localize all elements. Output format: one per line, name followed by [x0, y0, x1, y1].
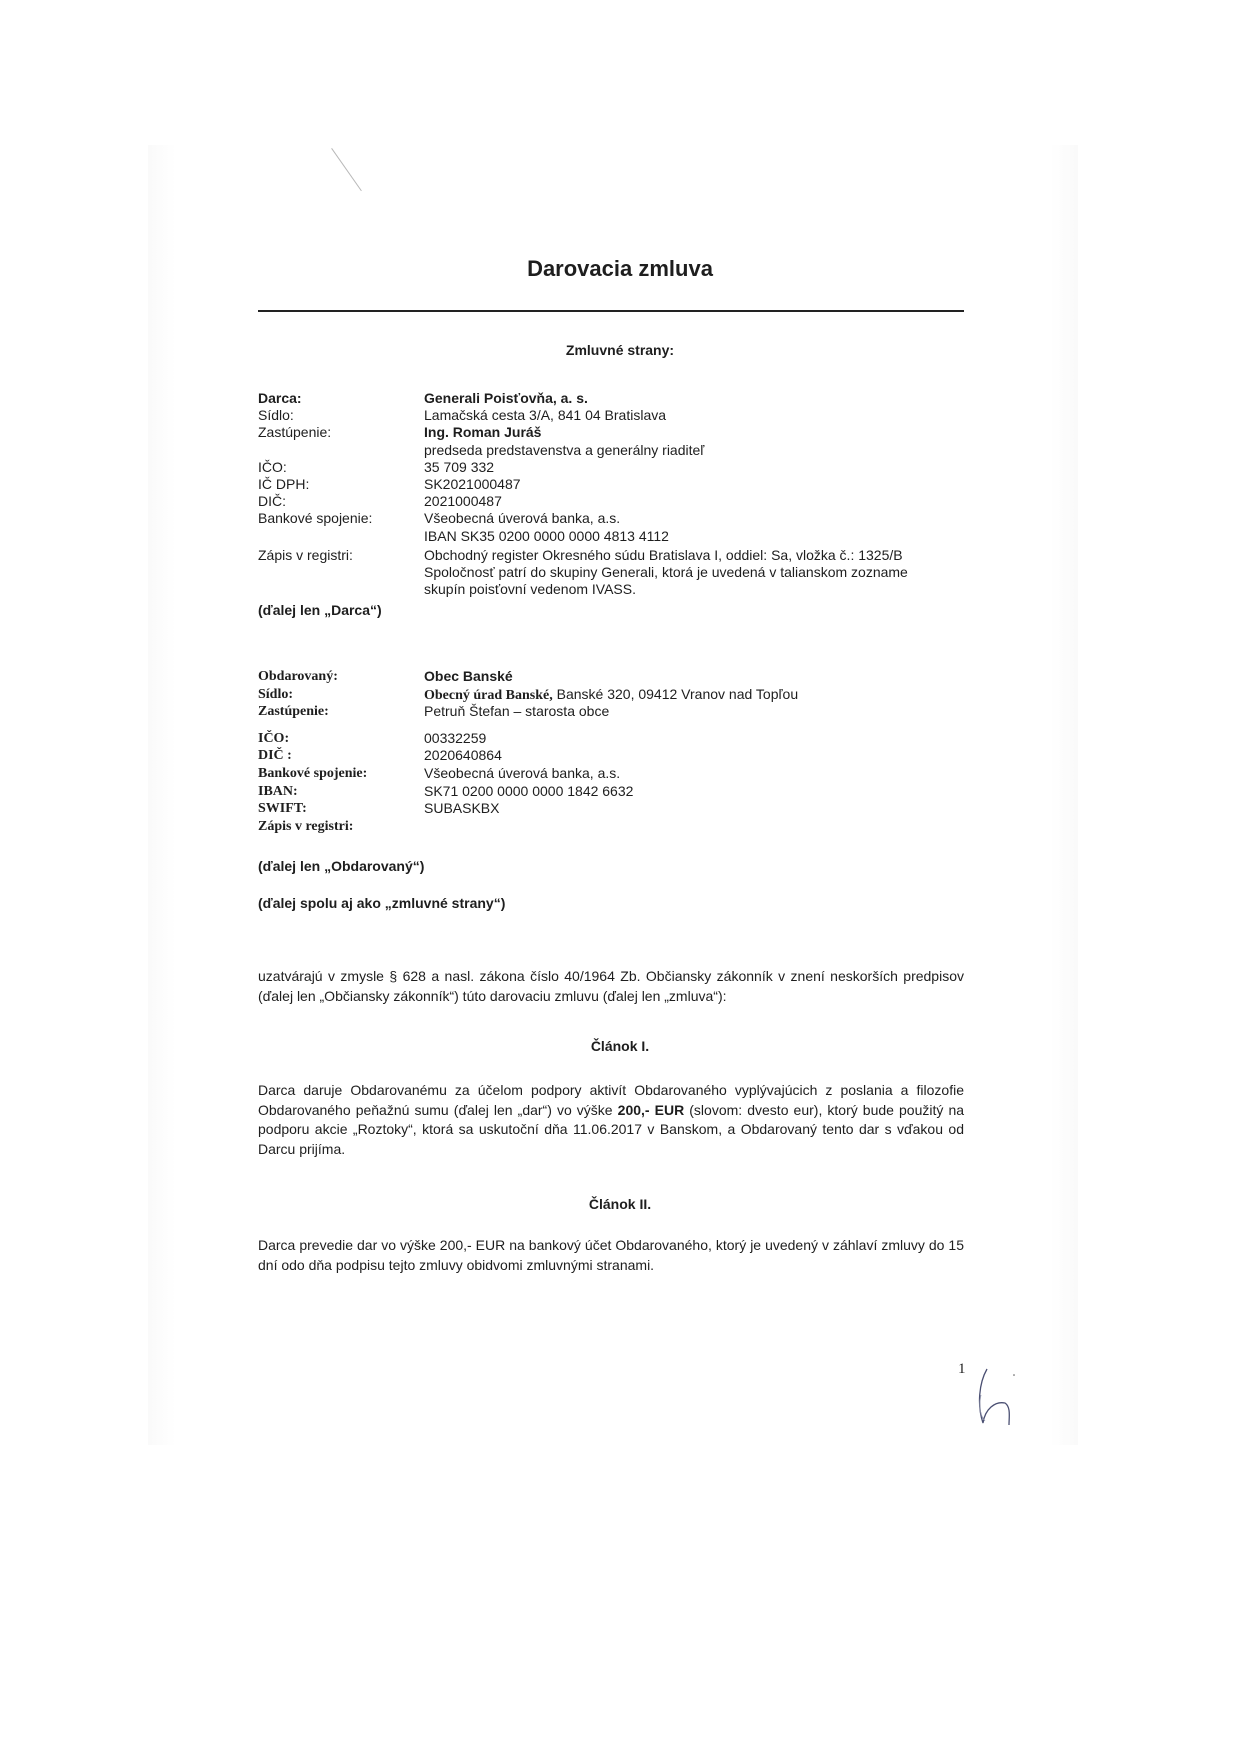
intro-paragraph: uzatvárajú v zmysle § 628 a nasl. zákona…: [258, 967, 964, 1006]
donor-alias: (ďalej len „Darca“): [258, 602, 382, 618]
article-1-paragraph: Darca daruje Obdarovanému za účelom podp…: [258, 1081, 964, 1159]
donor-label: Bankové spojenie:: [258, 510, 372, 527]
gift-amount: 200,- EUR: [618, 1102, 685, 1118]
donee-value: Obec Banské: [424, 668, 513, 685]
donee-value-bold-part: Obecný úrad Banské,: [424, 688, 553, 703]
donee-value: 00332259: [424, 730, 486, 747]
donee-alias: (ďalej len „Obdarovaný“): [258, 858, 424, 874]
donor-value: Generali Poisťovňa, a. s.: [424, 390, 588, 407]
donee-value: 2020640864: [424, 747, 502, 764]
donee-label: IČO:: [258, 730, 289, 747]
donor-label: DIČ:: [258, 493, 286, 510]
donee-label: DIČ :: [258, 747, 292, 764]
donor-value: predseda predstavenstva a generálny riad…: [424, 442, 704, 459]
donor-value: 35 709 332: [424, 459, 494, 476]
page-number: 1: [958, 1361, 966, 1378]
donee-label: SWIFT:: [258, 800, 307, 817]
handwritten-initials-icon: [975, 1365, 1015, 1427]
donor-value: IBAN SK35 0200 0000 0000 4813 4112: [424, 528, 669, 545]
document-title: Darovacia zmluva: [0, 256, 1240, 282]
donee-value: Petruň Štefan – starosta obce: [424, 703, 609, 720]
donee-value: SK71 0200 0000 0000 1842 6632: [424, 783, 633, 800]
donor-value: skupín poisťovní vedenom IVASS.: [424, 581, 636, 598]
donee-label: Zápis v registri:: [258, 818, 353, 835]
donee-label: Zastúpenie:: [258, 703, 329, 720]
title-divider: [258, 310, 964, 312]
donor-value: Všeobecná úverová banka, a.s.: [424, 510, 620, 527]
donee-label: Bankové spojenie:: [258, 765, 367, 782]
article-2-paragraph: Darca prevedie dar vo výške 200,- EUR na…: [258, 1236, 964, 1275]
donee-label: IBAN:: [258, 783, 298, 800]
donor-label: Darca:: [258, 390, 302, 407]
donor-value: Lamačská cesta 3/A, 841 04 Bratislava: [424, 407, 666, 424]
parties-alias: (ďalej spolu aj ako „zmluvné strany“): [258, 895, 505, 911]
donor-label: IČO:: [258, 459, 287, 476]
donor-value: SK2021000487: [424, 476, 521, 493]
article-2-heading: Článok II.: [0, 1196, 1240, 1212]
donor-value: 2021000487: [424, 493, 502, 510]
donee-label: Sídlo:: [258, 686, 293, 703]
donee-value: SUBASKBX: [424, 800, 499, 817]
donor-label: Zápis v registri:: [258, 547, 353, 564]
donor-label: Zastúpenie:: [258, 424, 331, 441]
scan-stray-line: [331, 148, 362, 191]
donor-value: Obchodný register Okresného súdu Bratisl…: [424, 547, 903, 564]
donee-value: Obecný úrad Banské, Banské 320, 09412 Vr…: [424, 686, 798, 704]
donee-label: Obdarovaný:: [258, 668, 338, 685]
donor-label: Sídlo:: [258, 407, 294, 424]
donor-value: Ing. Roman Juráš: [424, 424, 541, 441]
donor-label: IČ DPH:: [258, 476, 309, 493]
article-1-heading: Článok I.: [0, 1038, 1240, 1054]
donor-value: Spoločnosť patrí do skupiny Generali, kt…: [424, 564, 908, 581]
parties-heading: Zmluvné strany:: [0, 342, 1240, 358]
donee-value: Všeobecná úverová banka, a.s.: [424, 765, 620, 782]
document-page: Darovacia zmluva Zmluvné strany: Darca:G…: [0, 0, 1240, 1754]
